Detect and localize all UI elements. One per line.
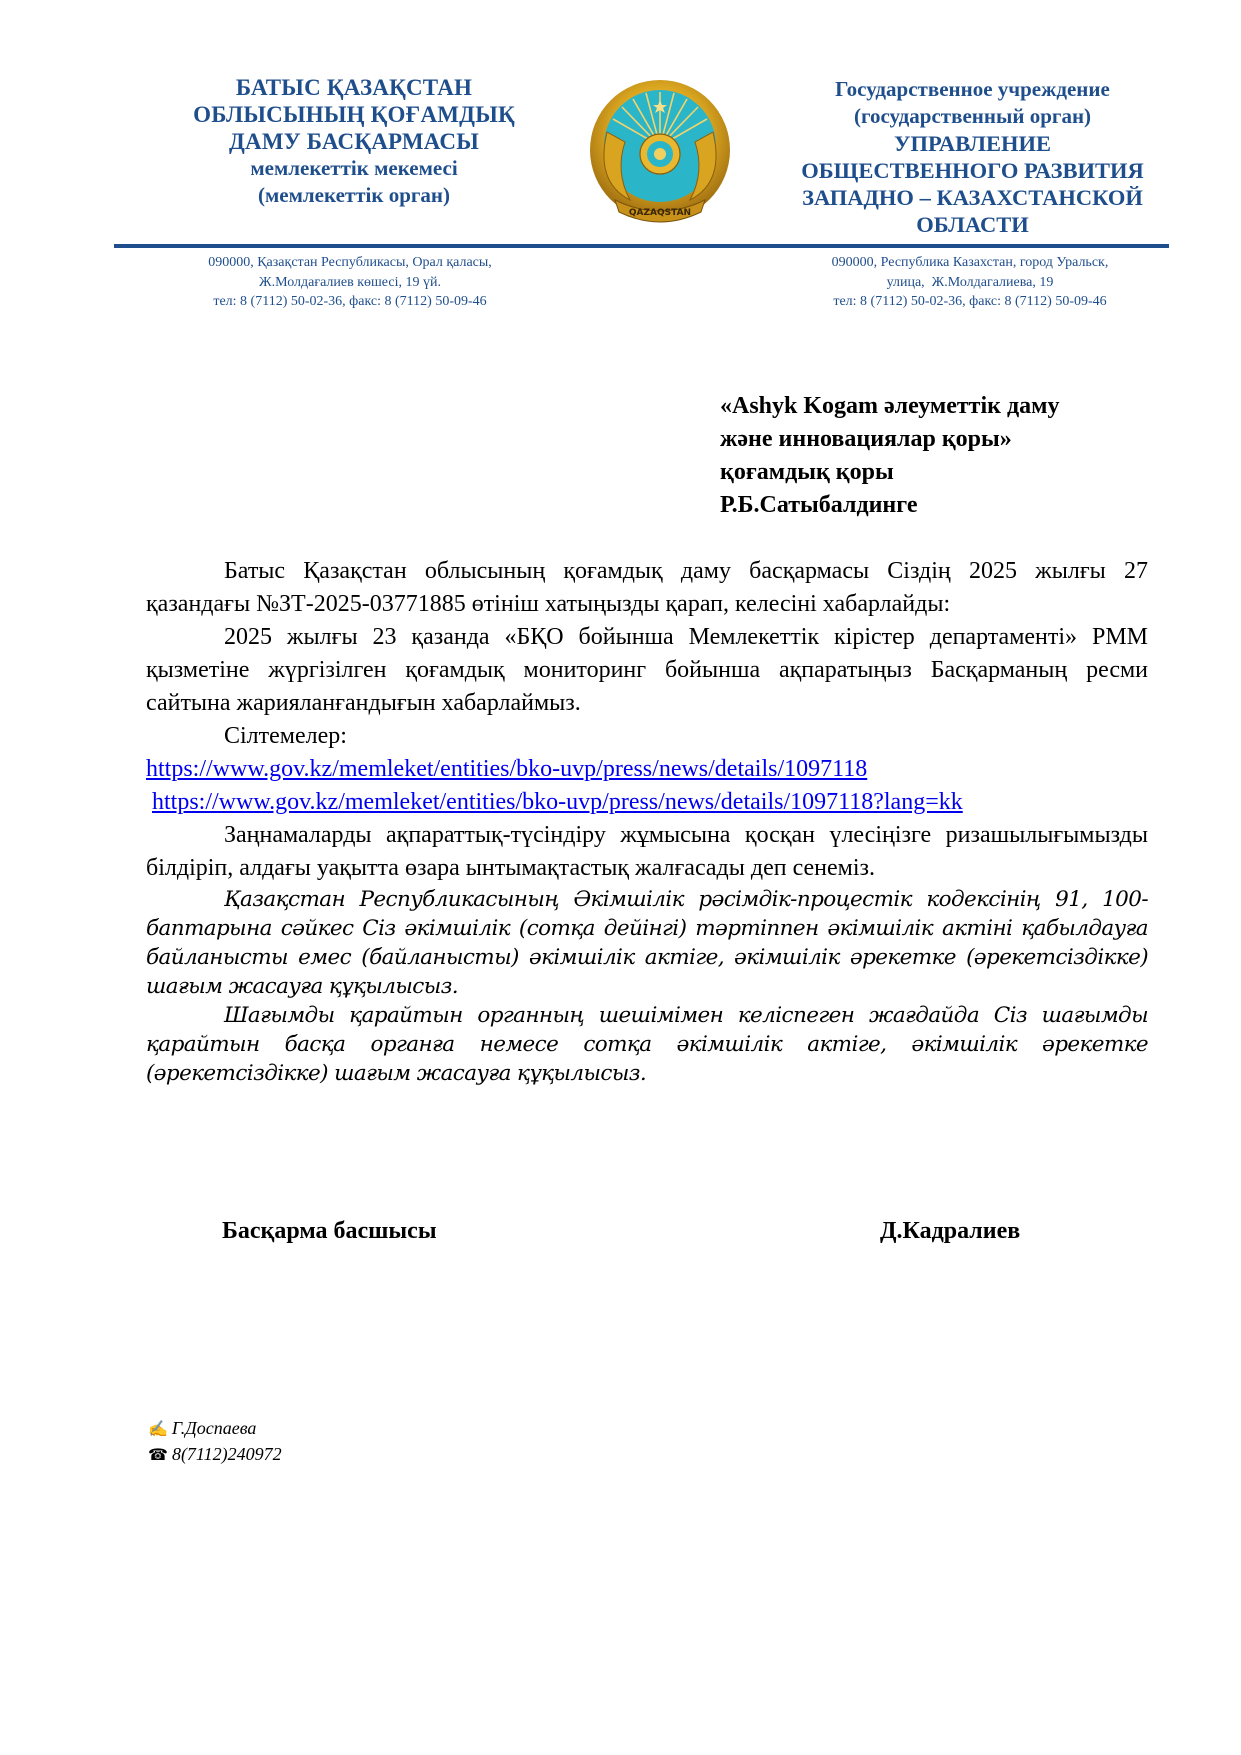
executor-info: ✍Г.Доспаева ☎8(7112)240972 xyxy=(148,1416,282,1468)
letterhead-divider xyxy=(114,244,1169,248)
legal-notice-court-appeal: Шағымды қарайтын органның шешімімен келі… xyxy=(146,1001,1148,1088)
address-kz-line-3: тел: 8 (7112) 50-02-36, факс: 8 (7112) 5… xyxy=(140,292,560,312)
org-name-ru-line-3: ЗАПАДНО – КАЗАХСТАНСКОЙ xyxy=(770,184,1175,211)
letter-body: Батыс Қазақстан облысының қоғамдық даму … xyxy=(146,555,1148,1088)
org-type-ru-line-1: Государственное учреждение xyxy=(770,76,1175,103)
org-name-ru-line-2: ОБЩЕСТВЕННОГО РАЗВИТИЯ xyxy=(770,157,1175,184)
paragraph-publication-notice: 2025 жылғы 23 қазанда «БҚО бойынша Мемле… xyxy=(146,621,1148,720)
signatory-name: Д.Кадралиев xyxy=(880,1218,1020,1245)
address-ru-line-3: тел: 8 (7112) 50-02-36, факс: 8 (7112) 5… xyxy=(770,292,1170,312)
svg-text:QAZAQSTAN: QAZAQSTAN xyxy=(629,208,691,218)
letterhead-left: БАТЫС ҚАЗАҚСТАН ОБЛЫСЫНЫҢ ҚОҒАМДЫҚ ДАМУ … xyxy=(160,74,548,209)
org-name-ru-line-1: УПРАВЛЕНИЕ xyxy=(770,130,1175,157)
org-type-ru-line-2: (государственный орган) xyxy=(770,103,1175,130)
org-name-kz-line-1: БАТЫС ҚАЗАҚСТАН xyxy=(160,74,548,101)
paragraph-request-reference: Батыс Қазақстан облысының қоғамдық даму … xyxy=(146,555,1148,621)
org-name-kz-line-3: ДАМУ БАСҚАРМАСЫ xyxy=(160,128,548,155)
telephone-icon: ☎ xyxy=(148,1447,168,1464)
state-emblem-icon: QAZAQSTAN xyxy=(585,72,735,232)
pen-writing-icon: ✍ xyxy=(148,1421,168,1438)
org-name-kz-line-2: ОБЛЫСЫНЫҢ ҚОҒАМДЫҚ xyxy=(160,101,548,128)
letterhead-right: Государственное учреждение (государствен… xyxy=(770,76,1175,238)
recipient-line-1: «Ashyk Kogam әлеуметтік даму xyxy=(720,390,1160,423)
executor-name: Г.Доспаева xyxy=(172,1418,257,1438)
address-ru: 090000, Республика Казахстан, город Урал… xyxy=(770,253,1170,312)
link-news-details-kk[interactable]: https://www.gov.kz/memleket/entities/bko… xyxy=(146,786,1148,819)
recipient-line-3: қоғамдық қоры xyxy=(720,456,1160,489)
legal-notice-appeal-rights: Қазақстан Республикасының Әкімшілік рәсі… xyxy=(146,885,1148,1001)
link-news-details[interactable]: https://www.gov.kz/memleket/entities/bko… xyxy=(146,753,1148,786)
recipient-line-4: Р.Б.Сатыбалдинге xyxy=(720,489,1160,522)
signatory-position: Басқарма басшысы xyxy=(222,1218,437,1245)
address-kz: 090000, Қазақстан Республикасы, Орал қал… xyxy=(140,253,560,312)
paragraph-gratitude: Заңнамаларды ақпараттық-түсіндіру жұмысы… xyxy=(146,819,1148,885)
address-kz-line-2: Ж.Молдағалиев көшесі, 19 үй. xyxy=(140,273,560,293)
address-ru-line-1: 090000, Республика Казахстан, город Урал… xyxy=(770,253,1170,273)
recipient-block: «Ashyk Kogam әлеуметтік даму және иннова… xyxy=(720,390,1160,522)
recipient-line-2: және инновациялар қоры» xyxy=(720,423,1160,456)
links-label: Сілтемелер: xyxy=(146,720,1148,753)
org-name-ru-line-4: ОБЛАСТИ xyxy=(770,211,1175,238)
org-type-kz-line-1: мемлекеттік мекемесі xyxy=(160,155,548,182)
org-type-kz-line-2: (мемлекеттік орган) xyxy=(160,182,548,209)
address-kz-line-1: 090000, Қазақстан Республикасы, Орал қал… xyxy=(140,253,560,273)
address-ru-line-2: улица, Ж.Молдагалиева, 19 xyxy=(770,273,1170,293)
executor-phone: 8(7112)240972 xyxy=(172,1444,282,1464)
